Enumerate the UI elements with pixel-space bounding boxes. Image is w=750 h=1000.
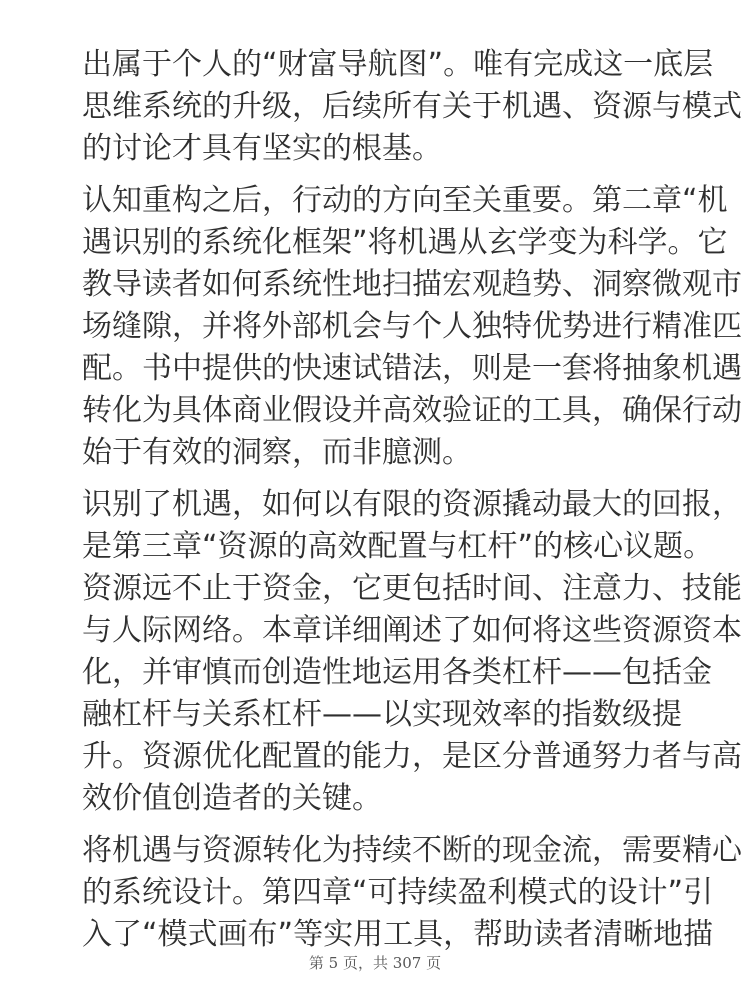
text-line: 与人际网络。本章详细阐述了如何将这些资源资本 bbox=[82, 610, 672, 652]
text-line: 思维系统的升级，后续所有关于机遇、资源与模式 bbox=[82, 86, 672, 128]
paragraph-2: 认知重构之后，行动的方向至关重要。第二章“机 遇识别的系统化框架”将机遇从玄学变… bbox=[82, 180, 672, 474]
page-indicator: 第 5 页，共 307 页 bbox=[0, 952, 750, 973]
document-page: 出属于个人的“财富导航图”。唯有完成这一底层 思维系统的升级，后续所有关于机遇、… bbox=[82, 44, 672, 966]
text-line: 始于有效的洞察，而非臆测。 bbox=[82, 432, 672, 474]
paragraph-1: 出属于个人的“财富导航图”。唯有完成这一底层 思维系统的升级，后续所有关于机遇、… bbox=[82, 44, 672, 170]
text-line: 配。书中提供的快速试错法，则是一套将抽象机遇 bbox=[82, 348, 672, 390]
text-line: 教导读者如何系统性地扫描宏观趋势、洞察微观市 bbox=[82, 264, 672, 306]
text-line: 升。资源优化配置的能力，是区分普通努力者与高 bbox=[82, 736, 672, 778]
text-line: 效价值创造者的关键。 bbox=[82, 778, 672, 820]
text-line: 的讨论才具有坚实的根基。 bbox=[82, 128, 672, 170]
text-line: 入了“模式画布”等实用工具，帮助读者清晰地描 bbox=[82, 914, 672, 956]
text-line: 资源远不止于资金，它更包括时间、注意力、技能 bbox=[82, 568, 672, 610]
text-line: 场缝隙，并将外部机会与个人独特优势进行精准匹 bbox=[82, 306, 672, 348]
text-line: 融杠杆与关系杠杆——以实现效率的指数级提 bbox=[82, 694, 672, 736]
text-line: 是第三章“资源的高效配置与杠杆”的核心议题。 bbox=[82, 526, 672, 568]
text-line: 将机遇与资源转化为持续不断的现金流，需要精心 bbox=[82, 830, 672, 872]
text-line: 化，并审慎而创造性地运用各类杠杆——包括金 bbox=[82, 652, 672, 694]
text-line: 识别了机遇，如何以有限的资源撬动最大的回报， bbox=[82, 484, 672, 526]
paragraph-3: 识别了机遇，如何以有限的资源撬动最大的回报， 是第三章“资源的高效配置与杠杆”的… bbox=[82, 484, 672, 820]
text-line: 认知重构之后，行动的方向至关重要。第二章“机 bbox=[82, 180, 672, 222]
text-line: 出属于个人的“财富导航图”。唯有完成这一底层 bbox=[82, 44, 672, 86]
paragraph-4: 将机遇与资源转化为持续不断的现金流，需要精心 的系统设计。第四章“可持续盈利模式… bbox=[82, 830, 672, 956]
text-line: 的系统设计。第四章“可持续盈利模式的设计”引 bbox=[82, 872, 672, 914]
text-line: 转化为具体商业假设并高效验证的工具，确保行动 bbox=[82, 390, 672, 432]
text-line: 遇识别的系统化框架”将机遇从玄学变为科学。它 bbox=[82, 222, 672, 264]
